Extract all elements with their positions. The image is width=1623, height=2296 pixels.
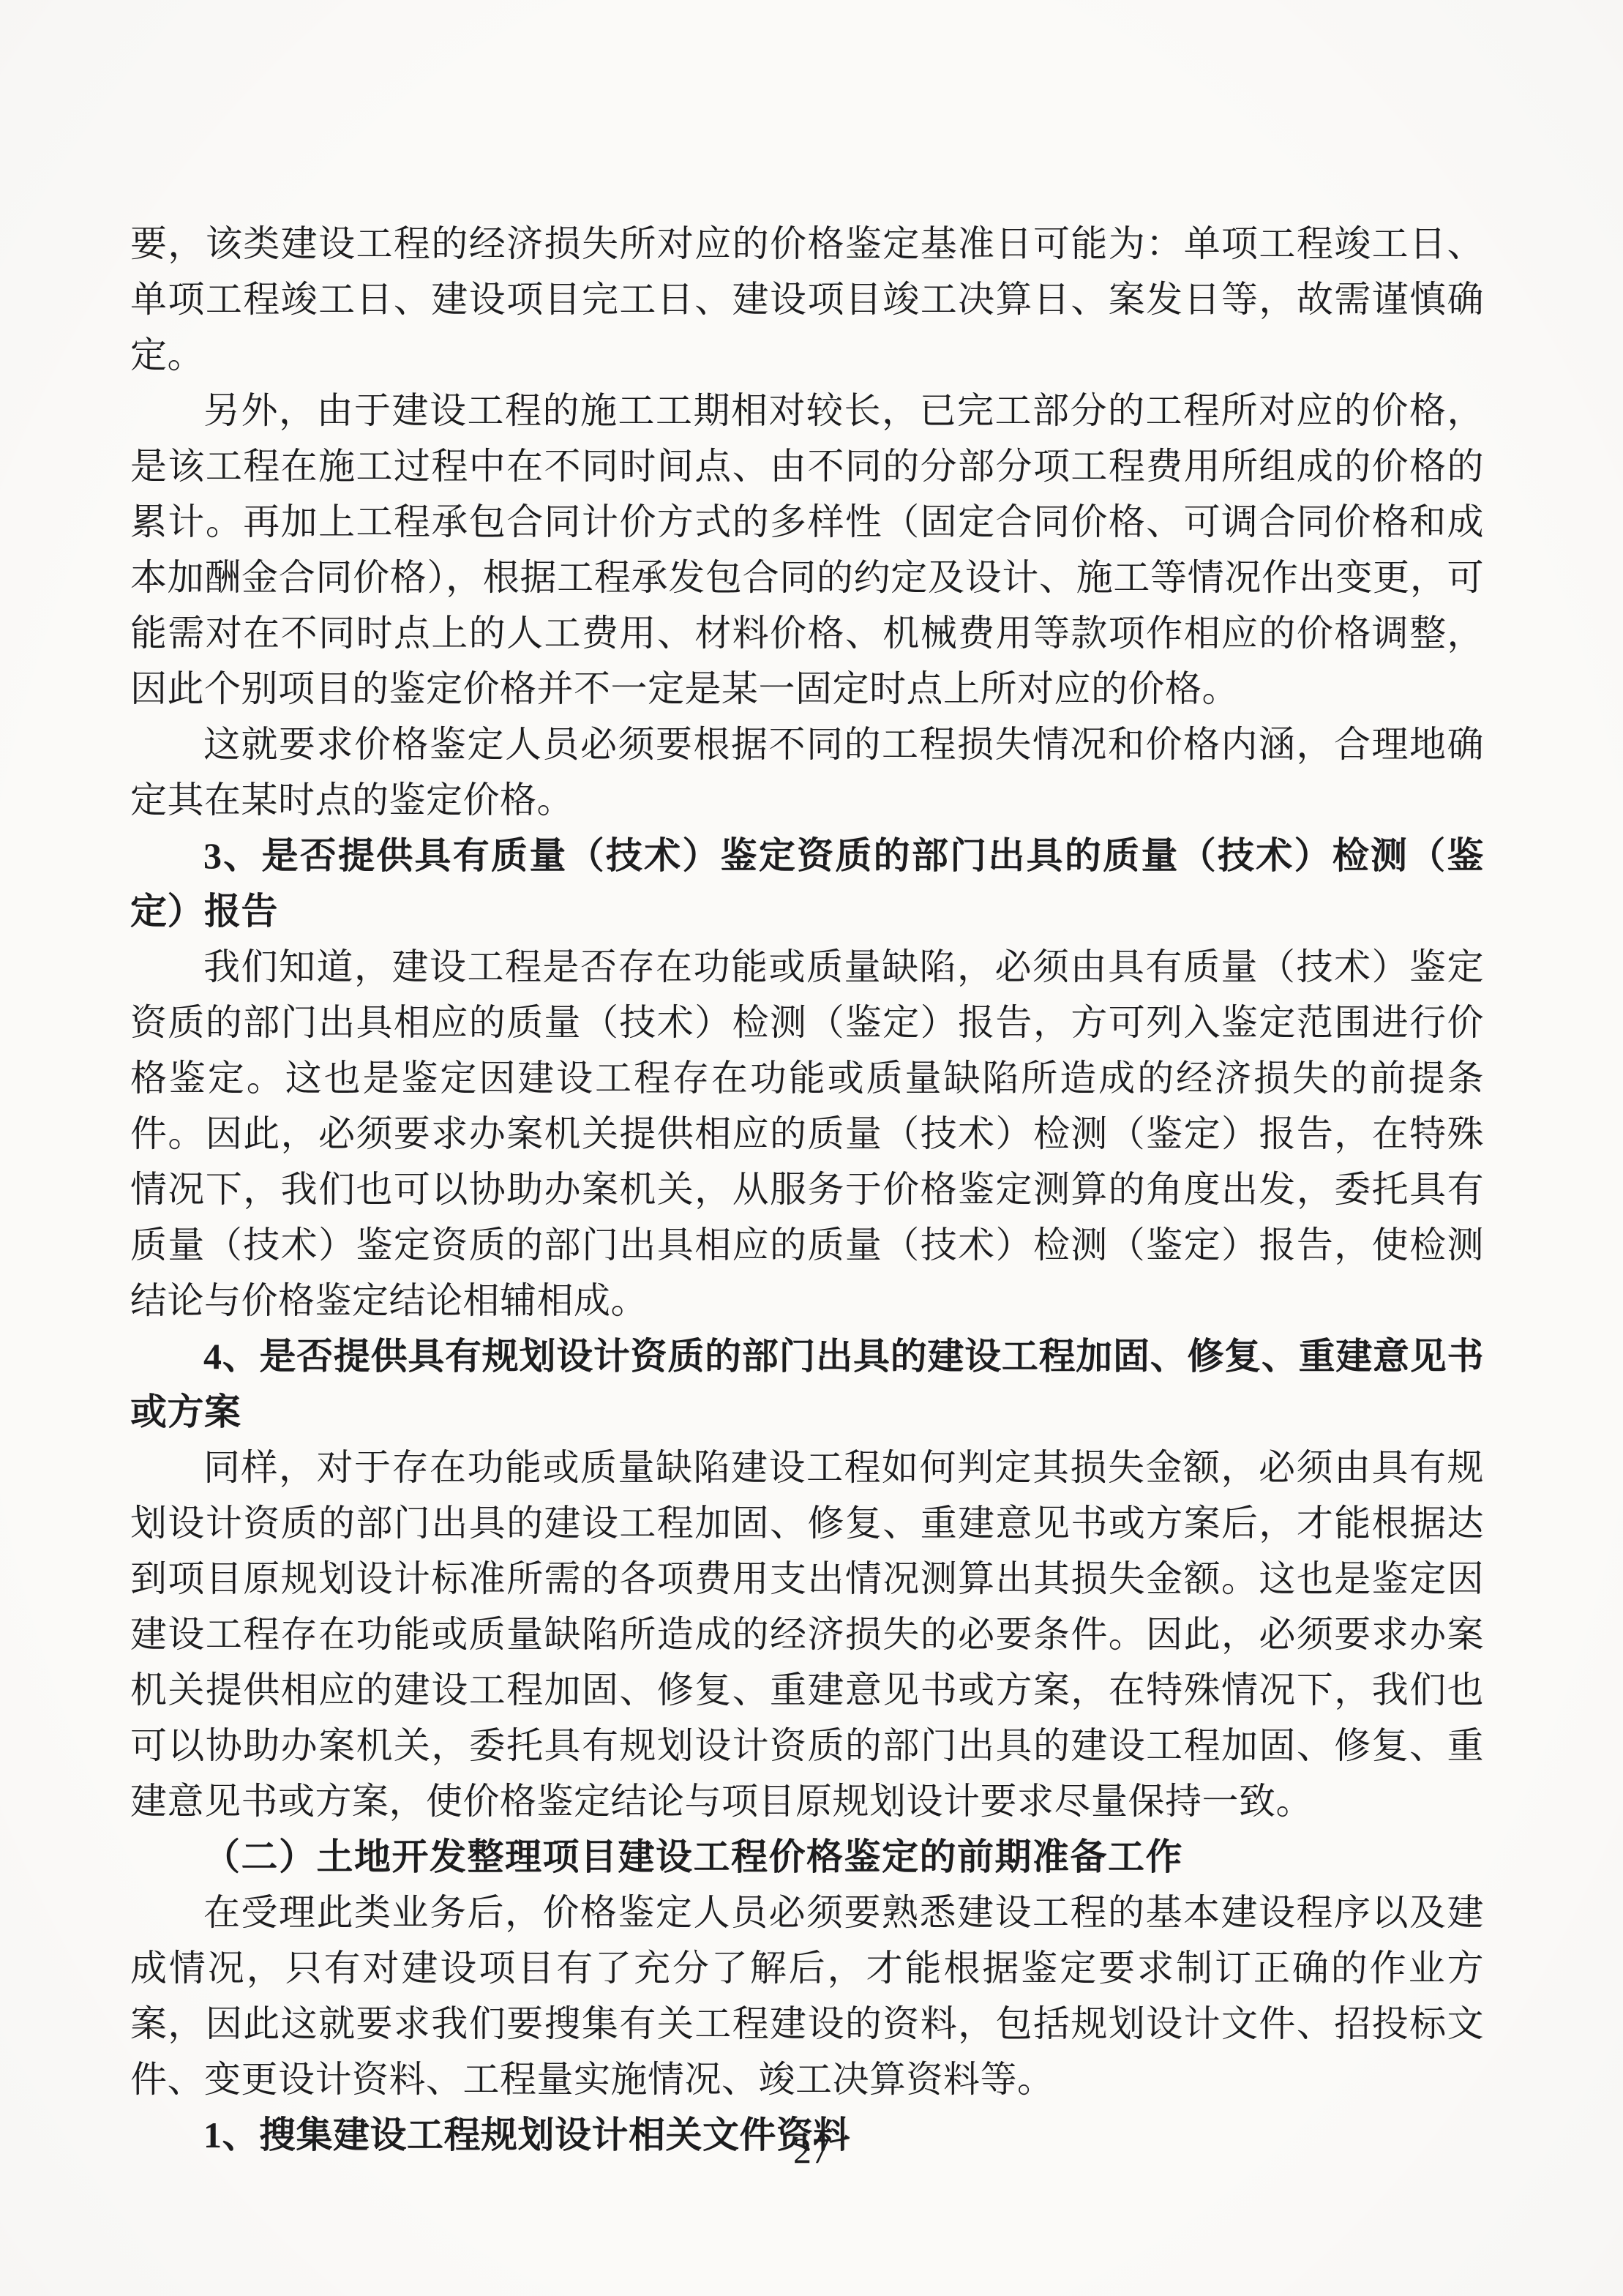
heading-item-4-reinforcement-opinion: 4、是否提供具有规划设计资质的部门出具的建设工程加固、修复、重建意见书或方案 <box>130 1328 1484 1440</box>
heading-section-2-land-development-preparation: （二）土地开发整理项目建设工程价格鉴定的前期准备工作 <box>130 1829 1484 1885</box>
paragraph-loss-amount-determination: 同样，对于存在功能或质量缺陷建设工程如何判定其损失金额，必须由具有规划设计资质的… <box>130 1440 1484 1829</box>
paragraph-acceptance-and-materials: 在受理此类业务后，价格鉴定人员必须要熟悉建设工程的基本建设程序以及建成情况，只有… <box>130 1885 1484 2107</box>
paragraph-basis-date-continuation: 要，该类建设工程的经济损失所对应的价格鉴定基准日可能为：单项工程竣工日、单项工程… <box>130 216 1484 383</box>
scanned-document-page: 要，该类建设工程的经济损失所对应的价格鉴定基准日可能为：单项工程竣工日、单项工程… <box>0 0 1623 2296</box>
page-text-block: 要，该类建设工程的经济损失所对应的价格鉴定基准日可能为：单项工程竣工日、单项工程… <box>130 216 1484 2163</box>
paragraph-quality-defect-report: 我们知道，建设工程是否存在功能或质量缺陷，必须由具有质量（技术）鉴定资质的部门出… <box>130 939 1484 1328</box>
paragraph-appraiser-requirement: 这就要求价格鉴定人员必须要根据不同的工程损失情况和价格内涵，合理地确定其在某时点… <box>130 717 1484 828</box>
paragraph-construction-period-price: 另外，由于建设工程的施工工期相对较长，已完工部分的工程所对应的价格，是该工程在施… <box>130 383 1484 717</box>
page-number: 27 <box>0 2128 1623 2172</box>
heading-item-3-quality-inspection-report: 3、是否提供具有质量（技术）鉴定资质的部门出具的质量（技术）检测（鉴定）报告 <box>130 828 1484 939</box>
